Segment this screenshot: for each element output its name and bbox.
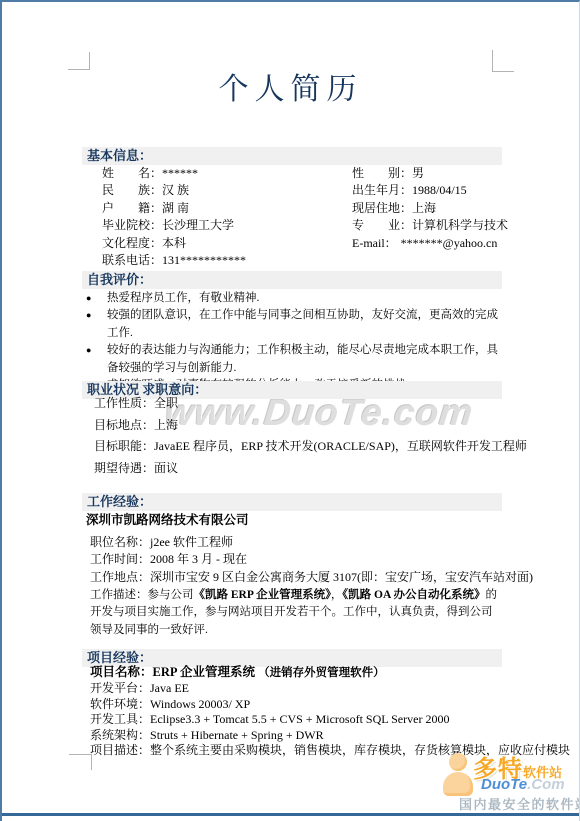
field-row: E-mail：*******@yahoo.cn — [352, 235, 508, 252]
field-row: 出生年月：1988/04/15 — [352, 182, 508, 199]
project-name-row: 项目名称：ERP 企业管理系统 （进销存外贸管理软件） — [90, 664, 385, 681]
field-row: 工作时间：2008 年 3 月 - 现在 — [90, 551, 533, 568]
field-value: 男 — [412, 165, 424, 182]
career-intention-rows: 工作性质：全职 目标地点：上海 目标职能：JavaEE 程序员，ERP 技术开发… — [94, 395, 527, 481]
field-row: 联系电话：131*********** — [102, 252, 246, 269]
work-experience-rows: 职位名称：j2ee 软件工程师 工作时间：2008 年 3 月 - 现在 工作地… — [90, 534, 533, 586]
crop-mark-top-right-icon — [492, 50, 514, 72]
self-evaluation-list: ●热爱程序员工作，有敬业精神. ●较强的团队意识，在工作中能与同事之间相互协助，… — [86, 290, 500, 394]
field-value: Struts + Hibernate + Spring + DWR — [150, 728, 324, 744]
field-label: 系统架构： — [90, 728, 150, 744]
field-label: 姓 名： — [102, 165, 162, 182]
field-label: 户 籍： — [102, 200, 162, 217]
field-row: 目标地点：上海 — [94, 417, 527, 433]
list-item: ●较强的团队意识，在工作中能与同事之间相互协助，友好交流，更高效的完成工作. — [86, 307, 500, 342]
field-label: 工作性质： — [94, 395, 154, 411]
field-value: 深圳市宝安 9 区白金公寓商务大厦 3107(即：宝安广场，宝安汽车站对面) — [150, 569, 533, 586]
field-label: 联系电话： — [102, 252, 162, 269]
section-header-basic-info: 基本信息： — [82, 147, 502, 165]
field-value: 全职 — [154, 395, 178, 411]
system-name: 《凯路 OA 办公自动化系统》 — [342, 589, 485, 601]
field-label: 文化程度： — [102, 235, 162, 252]
page-title: 个人简历 — [2, 72, 579, 108]
resume-document-page: 个人简历 www.DuoTe.com 基本信息： 姓 名：****** 民 族：… — [0, 0, 580, 821]
field-value: Java EE — [150, 681, 189, 697]
field-value: ****** — [162, 165, 198, 182]
field-label: 项目名称： — [90, 665, 153, 679]
field-row: 开发平台：Java EE — [90, 681, 510, 697]
field-row: 开发工具：Eclipse3.3 + Tomcat 5.5 + CVS + Mic… — [90, 712, 510, 728]
field-label: 项目描述： — [90, 743, 150, 759]
crop-mark-top-left-icon — [68, 52, 90, 70]
field-label: 出生年月： — [352, 182, 412, 199]
field-label: 工作时间： — [90, 551, 150, 568]
field-label: 工作描述： — [90, 589, 148, 601]
bottom-border-line — [2, 813, 579, 816]
mascot-icon — [449, 753, 467, 771]
logo-domain-suffix: .Com — [527, 776, 565, 793]
list-item-text: 热爱程序员工作，有敬业精神. — [107, 292, 259, 304]
field-value: 面议 — [154, 460, 178, 476]
logo-domain-text: DuoTe — [481, 776, 527, 793]
field-label: 软件环境： — [90, 697, 150, 713]
field-label: E-mail： — [352, 235, 397, 252]
basic-info-right-column: 性 别：男 出生年月：1988/04/15 现居住地：上海 专 业：计算机科学与… — [352, 165, 508, 252]
bullet-icon: ● — [86, 307, 91, 324]
field-row: 工作地点：深圳市宝安 9 区白金公寓商务大厦 3107(即：宝安广场，宝安汽车站… — [90, 569, 533, 586]
field-value: 计算机科学与技术 — [412, 217, 508, 234]
field-row: 期望待遇：面议 — [94, 460, 527, 476]
project-name: ERP 企业管理系统 — [153, 665, 259, 679]
field-label: 专 业： — [352, 217, 412, 234]
system-name: 《凯路 ERP 企业管理系统》 — [194, 589, 331, 601]
field-row: 民 族：汉 族 — [102, 182, 246, 199]
bullet-icon: ● — [86, 290, 91, 307]
field-label: 现居住地： — [352, 200, 412, 217]
field-label: 民 族： — [102, 182, 162, 199]
list-item-text: 较好的表达能力与沟通能力；工作积极主动，能尽心尽责地完成本职工作，具备较强的学习… — [107, 344, 498, 373]
field-value: 上海 — [154, 417, 178, 433]
field-value: 本科 — [162, 235, 186, 252]
field-label: 开发平台： — [90, 681, 150, 697]
field-value: Windows 20003/ XP — [150, 697, 250, 713]
field-row: 现居住地：上海 — [352, 200, 508, 217]
description-text: ， — [331, 589, 343, 601]
field-label: 开发工具： — [90, 712, 150, 728]
list-item-text: 较强的团队意识，在工作中能与同事之间相互协助，友好交流，更高效的完成工作. — [107, 309, 498, 338]
work-description: 工作描述：参与公司《凯路 ERP 企业管理系统》，《凯路 OA 办公自动化系统》… — [90, 587, 502, 639]
field-label: 职位名称： — [90, 534, 150, 551]
field-value: 2008 年 3 月 - 现在 — [150, 551, 247, 568]
field-row: 系统架构：Struts + Hibernate + Spring + DWR — [90, 728, 510, 744]
field-label: 性 别： — [352, 165, 412, 182]
crop-mark-bottom-left-icon — [69, 754, 92, 770]
field-row: 专 业：计算机科学与技术 — [352, 217, 508, 234]
field-label: 毕业院校： — [102, 217, 162, 234]
list-item: ●较好的表达能力与沟通能力；工作积极主动，能尽心尽责地完成本职工作，具备较强的学… — [86, 342, 500, 377]
field-value: 长沙理工大学 — [162, 217, 234, 234]
duote-site-logo: 多特软件站 DuoTe.Com 国内最安全的软件站 — [439, 749, 580, 811]
project-experience-rows: 开发平台：Java EE 软件环境：Windows 20003/ XP 开发工具… — [90, 681, 510, 759]
field-label: 期望待遇： — [94, 460, 154, 476]
field-value: *******@yahoo.cn — [401, 235, 498, 252]
section-header-self-evaluation: 自我评价： — [82, 271, 502, 289]
field-value: 上海 — [412, 200, 436, 217]
logo-domain-line: DuoTe.Com — [481, 776, 565, 793]
field-label: 目标地点： — [94, 417, 154, 433]
section-header-work-experience: 工作经验： — [82, 493, 502, 511]
field-value: 131*********** — [162, 252, 246, 269]
field-value: j2ee 软件工程师 — [150, 534, 233, 551]
field-value: 汉 族 — [162, 182, 189, 199]
basic-info-left-column: 姓 名：****** 民 族：汉 族 户 籍：湖 南 毕业院校：长沙理工大学 文… — [102, 165, 246, 269]
list-item: ●热爱程序员工作，有敬业精神. — [86, 290, 500, 307]
field-value: 湖 南 — [162, 200, 189, 217]
field-row: 姓 名：****** — [102, 165, 246, 182]
field-value: JavaEE 程序员，ERP 技术开发(ORACLE/SAP)，互联网软件开发工… — [154, 438, 527, 454]
mascot-icon — [443, 772, 473, 796]
field-row: 目标职能：JavaEE 程序员，ERP 技术开发(ORACLE/SAP)，互联网… — [94, 438, 527, 454]
field-row: 性 别：男 — [352, 165, 508, 182]
field-value: 1988/04/15 — [412, 182, 467, 199]
field-row: 职位名称：j2ee 软件工程师 — [90, 534, 533, 551]
field-row: 软件环境：Windows 20003/ XP — [90, 697, 510, 713]
company-name: 深圳市凯路网络技术有限公司 — [86, 510, 249, 528]
field-row: 毕业院校：长沙理工大学 — [102, 217, 246, 234]
field-row: 文化程度：本科 — [102, 235, 246, 252]
logo-tagline: 国内最安全的软件站 — [459, 794, 580, 813]
description-text: 参与公司 — [148, 589, 194, 601]
project-name-note: （进销存外贸管理软件） — [258, 667, 385, 679]
bullet-icon: ● — [86, 342, 91, 359]
field-label: 工作地点： — [90, 569, 150, 586]
field-row: 工作性质：全职 — [94, 395, 527, 411]
field-label: 目标职能： — [94, 438, 154, 454]
field-row: 户 籍：湖 南 — [102, 200, 246, 217]
field-value: Eclipse3.3 + Tomcat 5.5 + CVS + Microsof… — [150, 712, 449, 728]
